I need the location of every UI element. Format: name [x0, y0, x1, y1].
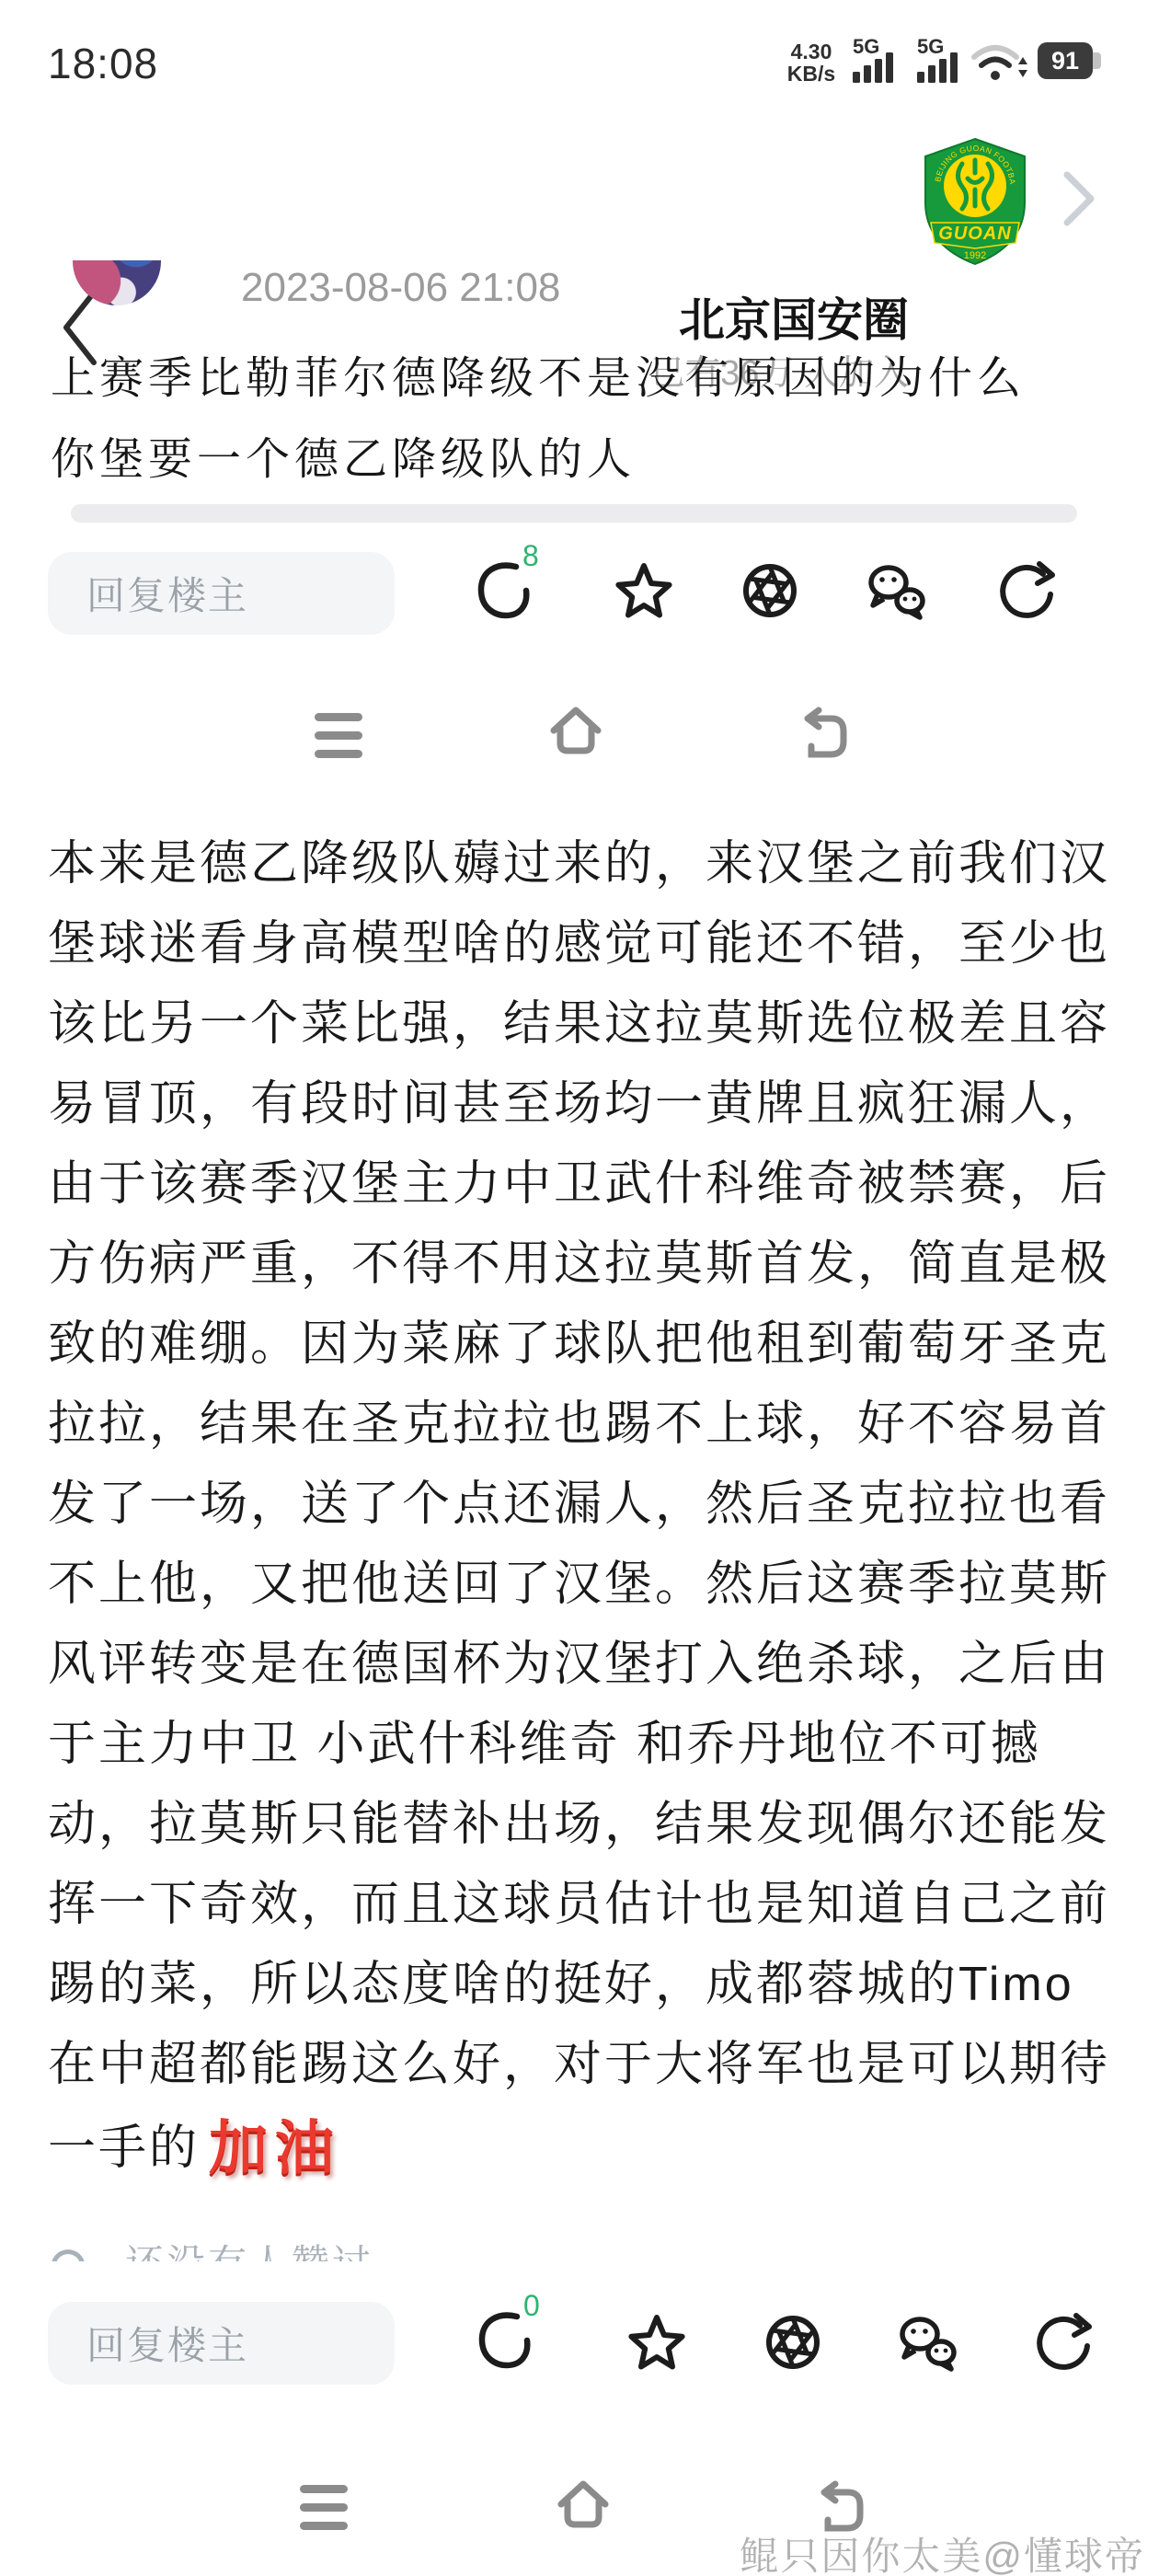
comment-line: 一手的 加油	[48, 2099, 1110, 2187]
menu-icon[interactable]	[314, 712, 363, 760]
home-icon[interactable]	[554, 2477, 613, 2536]
star-icon[interactable]	[625, 2311, 688, 2374]
comment-line: 不上他，又把他送回了汉堡。然后这赛季拉莫斯	[48, 1539, 1110, 1619]
comment-line: 该比另一个菜比强，结果这拉莫斯选位极差且容	[48, 979, 1110, 1059]
comment-line: 于主力中卫 小武什科维奇 和乔丹地位不可撼	[48, 1699, 1110, 1779]
guoan-logo[interactable]: BEIJING GUOAN FOOTBALL CLUB GUOAN 1992	[918, 136, 1032, 267]
comment-last-text: 一手的	[48, 2109, 200, 2178]
like-count: 0	[523, 2289, 540, 2323]
header: 北京国安圈 已有36万 人加入 BEIJING GUOAN FOOTBALL C…	[0, 129, 1159, 294]
comment-line: 挥一下奇效，而且这球员估计也是知道自己之前	[48, 1859, 1110, 1939]
watermark: 鲲只因你太美@懂球帝	[740, 2526, 1145, 2576]
star-icon[interactable]	[613, 559, 675, 622]
like-count: 8	[522, 539, 539, 573]
wechat-icon[interactable]	[865, 559, 929, 622]
comment-line: 堡球迷看身高模型啥的感觉可能还不错，至少也	[48, 899, 1110, 979]
comment-line: 拉拉，结果在圣克拉拉也踢不上球，好不容易首	[48, 1379, 1110, 1459]
chevron-right-icon[interactable]	[1060, 169, 1100, 228]
comment-line: 风评转变是在德国杯为汉堡打入绝杀球，之后由	[48, 1619, 1110, 1699]
status-time: 18:08	[48, 39, 158, 88]
thumbs-up-icon	[48, 2234, 88, 2261]
menu-icon[interactable]	[299, 2484, 349, 2532]
reply-input[interactable]: 回复楼主	[48, 2302, 395, 2385]
status-bar: 18:08 4.30 KB/s 5G 5G 91	[0, 0, 1159, 101]
signal-bars-icon: 5G	[851, 37, 915, 86]
like-row-text: 还没有人赞过	[125, 2234, 373, 2261]
post-title-line: 你堡要一个德乙降级队的人	[51, 423, 636, 487]
comment-line: 在中超都能踢这么好，对于大将军也是可以期待	[48, 2019, 1110, 2099]
return-icon[interactable]	[797, 707, 855, 765]
content-divider	[71, 504, 1077, 523]
like-row: 还没有人赞过	[48, 2230, 747, 2261]
moments-aperture-icon[interactable]	[762, 2311, 824, 2374]
moments-aperture-icon[interactable]	[739, 559, 801, 622]
jiayou-emoji: 加油	[209, 2101, 341, 2186]
comment-line: 动，拉莫斯只能替补出场，结果发现偶尔还能发	[48, 1779, 1110, 1859]
wifi-icon	[970, 40, 1031, 85]
battery-percent: 91	[1038, 42, 1093, 79]
comment-line: 发了一场，送了个点还漏人，然后圣克拉拉也看	[48, 1459, 1110, 1539]
battery-indicator: 91	[1038, 42, 1101, 79]
reply-placeholder: 回复楼主	[48, 2316, 248, 2371]
comment-line: 踢的菜，所以态度啥的挺好，成都蓉城的Timo	[48, 1939, 1110, 2019]
comment-line: 致的难绷。因为菜麻了球队把他租到葡萄牙圣克	[48, 1299, 1110, 1379]
forward-icon[interactable]	[995, 559, 1058, 622]
comment-line: 本来是德乙降级队薅过来的，来汉堡之前我们汉	[48, 819, 1110, 899]
comment-line: 方伤病严重，不得不用这拉莫斯首发，简直是极	[48, 1219, 1110, 1299]
home-icon[interactable]	[546, 703, 605, 762]
post-date: 2023-08-06 21:08	[241, 265, 560, 311]
comment-line: 易冒顶，有段时间甚至场均一黄牌且疯狂漏人，	[48, 1059, 1110, 1139]
svg-text:5G: 5G	[917, 37, 944, 58]
svg-text:5G: 5G	[853, 37, 879, 58]
comment-line: 由于该赛季汉堡主力中卫武什科维奇被禁赛，后	[48, 1139, 1110, 1219]
net-speed-value: 4.30	[775, 40, 848, 63]
comment-body: 本来是德乙降级队薅过来的，来汉堡之前我们汉 堡球迷看身高模型啥的感觉可能还不错，…	[48, 819, 1110, 2187]
battery-cap	[1093, 52, 1101, 69]
svg-text:GUOAN: GUOAN	[938, 224, 1011, 244]
net-speed-unit: KB/s	[775, 63, 848, 85]
group-title[interactable]: 北京国安圈	[679, 283, 909, 350]
avatar-image	[73, 260, 161, 305]
wechat-icon[interactable]	[896, 2311, 960, 2374]
reply-input[interactable]: 回复楼主	[48, 552, 395, 635]
svg-text:1992: 1992	[964, 250, 986, 261]
avatar[interactable]	[73, 260, 161, 305]
net-speed: 4.30 KB/s	[775, 40, 848, 85]
post-title-line: 上赛季比勒菲尔德降级不是没有原因的为什么	[51, 342, 1026, 406]
app-screen: 18:08 4.30 KB/s 5G 5G 91	[0, 0, 1159, 2576]
forward-icon[interactable]	[1032, 2311, 1095, 2374]
reply-placeholder: 回复楼主	[48, 566, 248, 621]
